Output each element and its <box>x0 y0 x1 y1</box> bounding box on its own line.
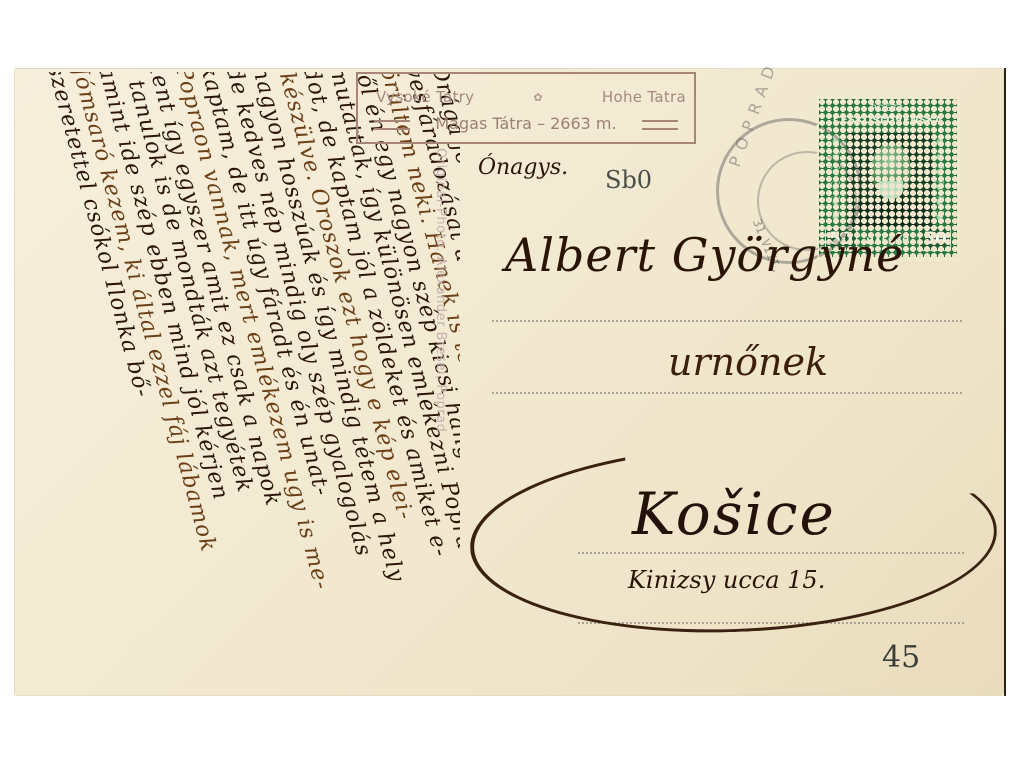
flower-ornament-icon: ✿ <box>533 91 543 104</box>
pencil-mark: Sb0 <box>605 166 652 194</box>
laurel-left-icon: ❦❦❦❦❦❦ <box>827 135 845 225</box>
stamp-header: POŠTA <box>821 104 955 114</box>
recipient-city: Košice <box>632 480 836 548</box>
recipient-street: Kinizsy ucca 15. <box>628 566 825 594</box>
recipient-title: urnőnek <box>668 340 828 384</box>
double-rule-right <box>642 120 678 130</box>
recipient-name: Albert Györgyné <box>505 228 904 282</box>
address-line-1 <box>492 320 962 322</box>
portrait-icon <box>847 133 933 227</box>
address-prefix: Ónagys. <box>478 155 568 180</box>
imprint-slovak: Vysoké Tatry <box>376 88 474 106</box>
stamp-value-right: 50 <box>919 227 951 251</box>
publisher-imprint-box: Vysoké Tatry ✿ Hohe Tatra Magas Tátra – … <box>356 72 696 144</box>
stamp-country: ČESKOSLOVENSKÁ <box>821 115 955 126</box>
pencil-note: 45 <box>882 640 920 675</box>
laurel-right-icon: ❦❦❦❦❦❦ <box>931 135 949 225</box>
handwritten-message: Drága jó Mariám! Halásan köszönöm szí-ve… <box>20 72 460 692</box>
publisher-credit: Original-Photo. Alexander Bresel, Poprad <box>433 148 448 578</box>
imprint-german: Hohe Tatra <box>602 88 686 106</box>
address-line-2 <box>492 392 962 394</box>
